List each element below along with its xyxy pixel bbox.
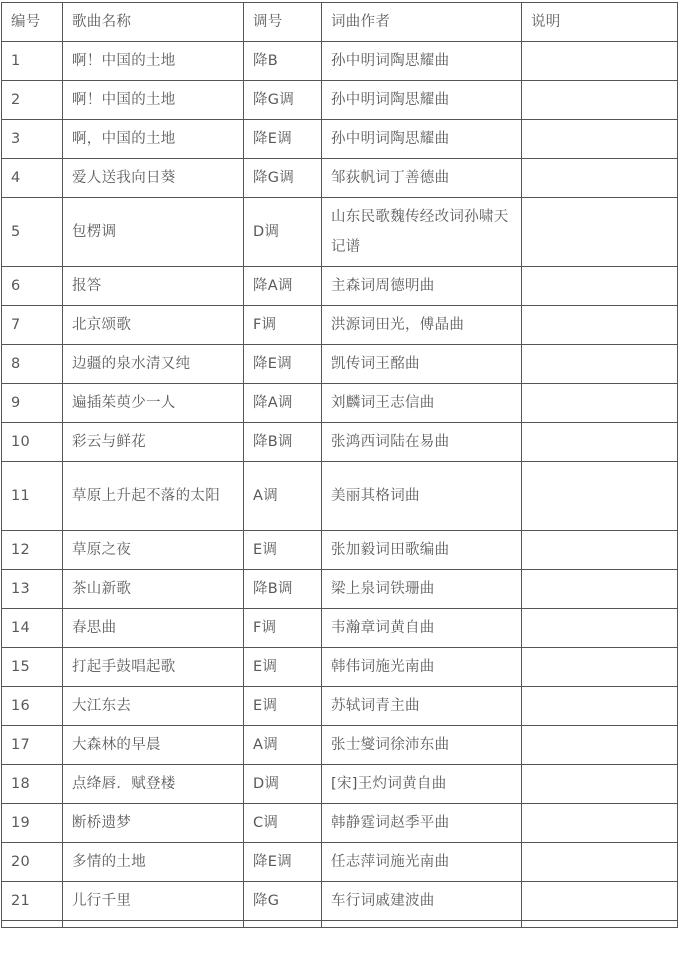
table-row-partial bbox=[2, 921, 678, 928]
cell-key: E调 bbox=[244, 648, 322, 687]
cell-author: 邹荻帆词丁善德曲 bbox=[322, 159, 522, 198]
cell-author: 张鸿西词陆在易曲 bbox=[322, 423, 522, 462]
table-row: 3啊，中国的土地降E调孙中明词陶思耀曲 bbox=[2, 120, 678, 159]
cell-note bbox=[522, 198, 678, 267]
cell-num: 7 bbox=[2, 306, 63, 345]
cell-num: 18 bbox=[2, 765, 63, 804]
cell-key: 降E调 bbox=[244, 120, 322, 159]
table-row: 14春思曲F调韦瀚章词黄自曲 bbox=[2, 609, 678, 648]
cell-empty bbox=[522, 921, 678, 928]
cell-note bbox=[522, 648, 678, 687]
cell-num: 15 bbox=[2, 648, 63, 687]
cell-num: 21 bbox=[2, 882, 63, 921]
cell-key: 降E调 bbox=[244, 843, 322, 882]
cell-key: 降G bbox=[244, 882, 322, 921]
header-author: 词曲作者 bbox=[322, 3, 522, 42]
cell-name: 包楞调 bbox=[63, 198, 244, 267]
cell-num: 9 bbox=[2, 384, 63, 423]
cell-num: 19 bbox=[2, 804, 63, 843]
cell-num: 1 bbox=[2, 42, 63, 81]
cell-key: D调 bbox=[244, 198, 322, 267]
cell-key: 降E调 bbox=[244, 345, 322, 384]
cell-name: 报答 bbox=[63, 267, 244, 306]
cell-name: 遍插茱萸少一人 bbox=[63, 384, 244, 423]
cell-num: 14 bbox=[2, 609, 63, 648]
header-num: 编号 bbox=[2, 3, 63, 42]
cell-note bbox=[522, 687, 678, 726]
cell-num: 13 bbox=[2, 570, 63, 609]
cell-note bbox=[522, 609, 678, 648]
cell-num: 5 bbox=[2, 198, 63, 267]
cell-name: 点绛唇．赋登楼 bbox=[63, 765, 244, 804]
cell-author: 主森词周德明曲 bbox=[322, 267, 522, 306]
table-row: 20多情的土地降E调任志萍词施光南曲 bbox=[2, 843, 678, 882]
cell-key: F调 bbox=[244, 609, 322, 648]
table-row: 1啊！中国的土地降B孙中明词陶思耀曲 bbox=[2, 42, 678, 81]
header-name: 歌曲名称 bbox=[63, 3, 244, 42]
cell-note bbox=[522, 267, 678, 306]
cell-author: 洪源词田光，傅晶曲 bbox=[322, 306, 522, 345]
cell-key: 降B bbox=[244, 42, 322, 81]
cell-author: 孙中明词陶思耀曲 bbox=[322, 81, 522, 120]
cell-key: 降B调 bbox=[244, 423, 322, 462]
cell-name: 断桥遗梦 bbox=[63, 804, 244, 843]
table-row: 9遍插茱萸少一人降A调刘麟词王志信曲 bbox=[2, 384, 678, 423]
cell-note bbox=[522, 120, 678, 159]
cell-note bbox=[522, 843, 678, 882]
table-row: 15打起手鼓唱起歌E调韩伟词施光南曲 bbox=[2, 648, 678, 687]
table-row: 11草原上升起不落的太阳A调美丽其格词曲 bbox=[2, 462, 678, 531]
cell-name: 啊，中国的土地 bbox=[63, 120, 244, 159]
cell-note bbox=[522, 882, 678, 921]
cell-author: 凯传词王酩曲 bbox=[322, 345, 522, 384]
cell-empty bbox=[63, 921, 244, 928]
cell-author: 韩静霆词赵季平曲 bbox=[322, 804, 522, 843]
table-row: 21儿行千里降G车行词戚建波曲 bbox=[2, 882, 678, 921]
song-table: 编号 歌曲名称 调号 词曲作者 说明 1啊！中国的土地降B孙中明词陶思耀曲2啊！… bbox=[1, 2, 678, 928]
cell-author: 梁上泉词铁珊曲 bbox=[322, 570, 522, 609]
cell-num: 20 bbox=[2, 843, 63, 882]
table-row: 5包楞调D调山东民歌魏传经改词孙啸天记谱 bbox=[2, 198, 678, 267]
cell-author: 韦瀚章词黄自曲 bbox=[322, 609, 522, 648]
cell-author: 苏轼词青主曲 bbox=[322, 687, 522, 726]
table-row: 4爱人送我向日葵降G调邹荻帆词丁善德曲 bbox=[2, 159, 678, 198]
table-row: 13茶山新歌降B调梁上泉词铁珊曲 bbox=[2, 570, 678, 609]
table-row: 17大森林的早晨A调张士燮词徐沛东曲 bbox=[2, 726, 678, 765]
cell-author: 孙中明词陶思耀曲 bbox=[322, 120, 522, 159]
cell-name: 草原之夜 bbox=[63, 531, 244, 570]
cell-name: 爱人送我向日葵 bbox=[63, 159, 244, 198]
cell-name: 彩云与鲜花 bbox=[63, 423, 244, 462]
cell-note bbox=[522, 159, 678, 198]
cell-note bbox=[522, 384, 678, 423]
table-row: 7北京颂歌F调洪源词田光，傅晶曲 bbox=[2, 306, 678, 345]
cell-num: 6 bbox=[2, 267, 63, 306]
cell-key: A调 bbox=[244, 726, 322, 765]
table-row: 8边疆的泉水清又纯降E调凯传词王酩曲 bbox=[2, 345, 678, 384]
cell-name: 多情的土地 bbox=[63, 843, 244, 882]
cell-name: 大江东去 bbox=[63, 687, 244, 726]
cell-key: 降G调 bbox=[244, 81, 322, 120]
cell-num: 2 bbox=[2, 81, 63, 120]
cell-key: 降A调 bbox=[244, 384, 322, 423]
cell-note bbox=[522, 531, 678, 570]
cell-author: 美丽其格词曲 bbox=[322, 462, 522, 531]
cell-empty bbox=[322, 921, 522, 928]
cell-author: 张士燮词徐沛东曲 bbox=[322, 726, 522, 765]
cell-note bbox=[522, 345, 678, 384]
cell-note bbox=[522, 726, 678, 765]
cell-key: D调 bbox=[244, 765, 322, 804]
cell-name: 北京颂歌 bbox=[63, 306, 244, 345]
cell-key: 降B调 bbox=[244, 570, 322, 609]
table-row: 19断桥遗梦C调韩静霆词赵季平曲 bbox=[2, 804, 678, 843]
table-row: 2啊！中国的土地降G调孙中明词陶思耀曲 bbox=[2, 81, 678, 120]
cell-key: A调 bbox=[244, 462, 322, 531]
cell-author: 山东民歌魏传经改词孙啸天记谱 bbox=[322, 198, 522, 267]
cell-note bbox=[522, 462, 678, 531]
cell-name: 打起手鼓唱起歌 bbox=[63, 648, 244, 687]
cell-author: 韩伟词施光南曲 bbox=[322, 648, 522, 687]
table-row: 12草原之夜E调张加毅词田歌编曲 bbox=[2, 531, 678, 570]
cell-num: 8 bbox=[2, 345, 63, 384]
header-key: 调号 bbox=[244, 3, 322, 42]
cell-key: F调 bbox=[244, 306, 322, 345]
cell-author: [宋]王灼词黄自曲 bbox=[322, 765, 522, 804]
cell-key: 降A调 bbox=[244, 267, 322, 306]
table-row: 18点绛唇．赋登楼D调[宋]王灼词黄自曲 bbox=[2, 765, 678, 804]
header-note: 说明 bbox=[522, 3, 678, 42]
cell-author: 车行词戚建波曲 bbox=[322, 882, 522, 921]
cell-empty bbox=[2, 921, 63, 928]
table-row: 6报答降A调主森词周德明曲 bbox=[2, 267, 678, 306]
cell-note bbox=[522, 81, 678, 120]
cell-key: C调 bbox=[244, 804, 322, 843]
cell-note bbox=[522, 423, 678, 462]
cell-num: 11 bbox=[2, 462, 63, 531]
table-header-row: 编号 歌曲名称 调号 词曲作者 说明 bbox=[2, 3, 678, 42]
cell-author: 孙中明词陶思耀曲 bbox=[322, 42, 522, 81]
table-row: 10彩云与鲜花降B调张鸿西词陆在易曲 bbox=[2, 423, 678, 462]
cell-num: 17 bbox=[2, 726, 63, 765]
table-row: 16大江东去E调苏轼词青主曲 bbox=[2, 687, 678, 726]
cell-key: 降G调 bbox=[244, 159, 322, 198]
cell-num: 3 bbox=[2, 120, 63, 159]
cell-name: 春思曲 bbox=[63, 609, 244, 648]
cell-name: 边疆的泉水清又纯 bbox=[63, 345, 244, 384]
cell-empty bbox=[244, 921, 322, 928]
cell-key: E调 bbox=[244, 531, 322, 570]
cell-note bbox=[522, 804, 678, 843]
cell-key: E调 bbox=[244, 687, 322, 726]
cell-num: 12 bbox=[2, 531, 63, 570]
cell-note bbox=[522, 306, 678, 345]
cell-num: 16 bbox=[2, 687, 63, 726]
cell-name: 茶山新歌 bbox=[63, 570, 244, 609]
cell-num: 10 bbox=[2, 423, 63, 462]
cell-author: 任志萍词施光南曲 bbox=[322, 843, 522, 882]
cell-name: 草原上升起不落的太阳 bbox=[63, 462, 244, 531]
cell-note bbox=[522, 765, 678, 804]
cell-note bbox=[522, 42, 678, 81]
cell-author: 刘麟词王志信曲 bbox=[322, 384, 522, 423]
cell-num: 4 bbox=[2, 159, 63, 198]
cell-name: 儿行千里 bbox=[63, 882, 244, 921]
cell-name: 啊！中国的土地 bbox=[63, 42, 244, 81]
cell-note bbox=[522, 570, 678, 609]
cell-name: 啊！中国的土地 bbox=[63, 81, 244, 120]
cell-author: 张加毅词田歌编曲 bbox=[322, 531, 522, 570]
cell-name: 大森林的早晨 bbox=[63, 726, 244, 765]
